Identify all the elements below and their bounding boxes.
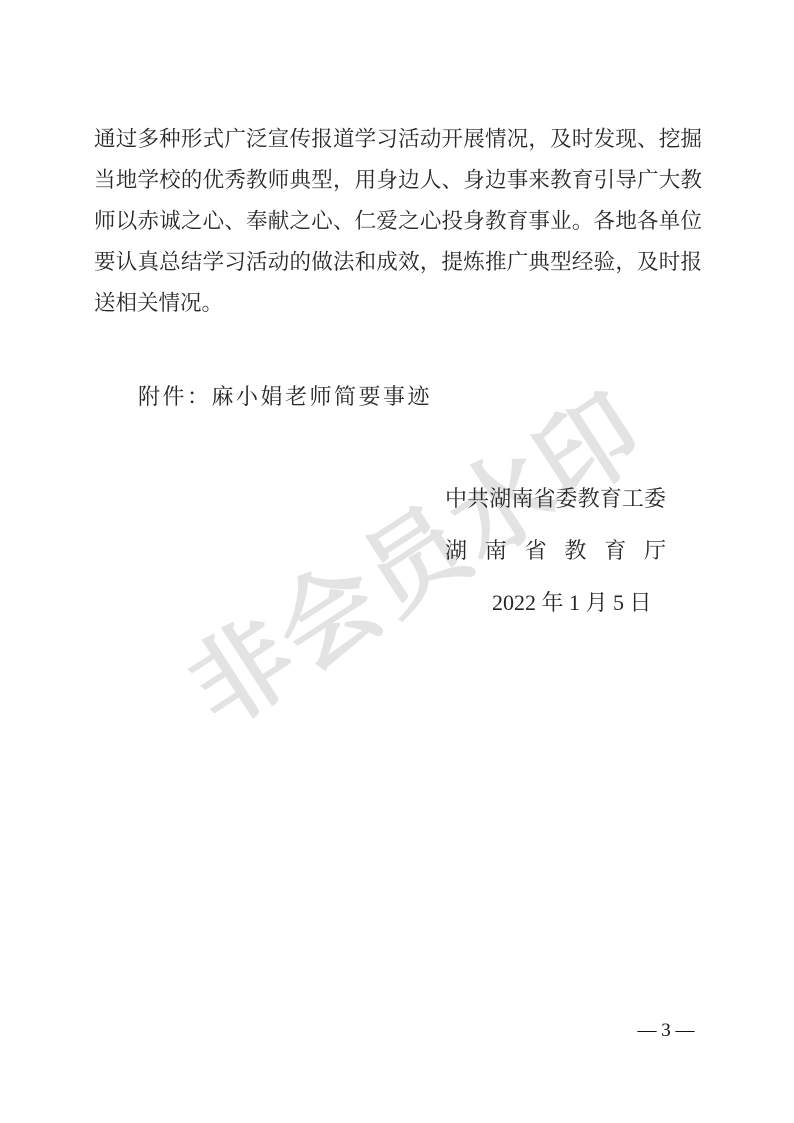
signature-org-line1: 中共湖南省委教育工委 xyxy=(445,478,666,519)
paragraph-line: 通过多种形式广泛宣传报道学习活动开展情况，及时发现、挖掘 xyxy=(94,119,702,160)
document-content: 通过多种形式广泛宣传报道学习活动开展情况，及时发现、挖掘 当地学校的优秀教师典型… xyxy=(0,0,794,1123)
page-number: — 3 — xyxy=(600,1019,732,1043)
body-paragraph: 通过多种形式广泛宣传报道学习活动开展情况，及时发现、挖掘 当地学校的优秀教师典型… xyxy=(94,119,702,324)
document-page: 非会员水印 通过多种形式广泛宣传报道学习活动开展情况，及时发现、挖掘 当地学校的… xyxy=(0,0,794,1123)
signature-org-line2: 湖 南 省 教 育 厅 xyxy=(445,530,666,571)
attachment-line: 附件：麻小娟老师简要事迹 xyxy=(138,376,432,417)
paragraph-line: 当地学校的优秀教师典型，用身边人、身边事来教育引导广大教 xyxy=(94,160,702,201)
paragraph-line: 要认真总结学习活动的做法和成效，提炼推广典型经验，及时报 xyxy=(94,242,702,283)
paragraph-line: 师以赤诚之心、奉献之心、仁爱之心投身教育事业。各地各单位 xyxy=(94,201,702,242)
paragraph-line: 送相关情况。 xyxy=(94,283,702,324)
signature-date-line: 2022 年 1 月 5 日 xyxy=(492,582,652,623)
